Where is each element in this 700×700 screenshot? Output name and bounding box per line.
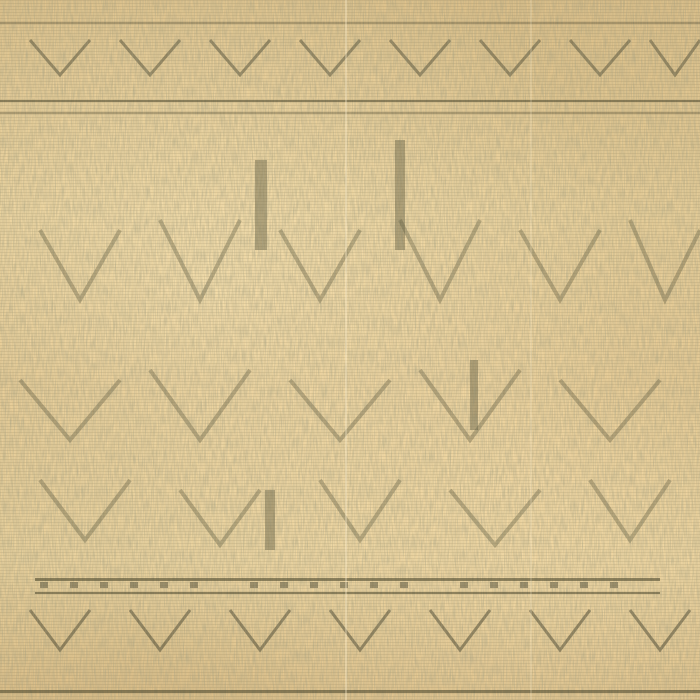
fold-line — [345, 0, 347, 700]
rug-photo — [0, 0, 700, 700]
border-line — [0, 690, 700, 693]
border-line — [0, 22, 700, 24]
fold-line — [530, 0, 532, 700]
border-line — [35, 578, 660, 581]
border-line — [0, 112, 700, 114]
faded-motif-pattern — [0, 0, 700, 700]
border-line — [35, 592, 660, 594]
border-line — [0, 100, 700, 102]
